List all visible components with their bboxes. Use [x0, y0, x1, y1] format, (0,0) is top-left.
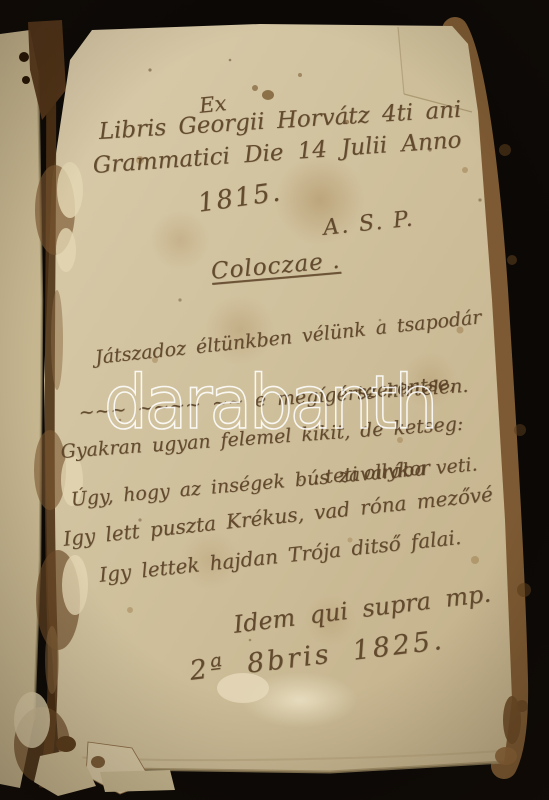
signature-line: Idem qui supra mp. — [232, 579, 492, 638]
signature-date: 2ª 8bris 1825. — [188, 625, 446, 687]
darabanth-watermark: darabanth — [104, 360, 435, 446]
inscription-initials: A. S. P. — [322, 206, 416, 240]
book-page-photo: Ex Libris Georgii Horvátz 4ti ani Gramma… — [0, 0, 549, 800]
inscription-place: Coloczae . — [210, 248, 341, 285]
inscription-year: 1815. — [196, 177, 284, 218]
